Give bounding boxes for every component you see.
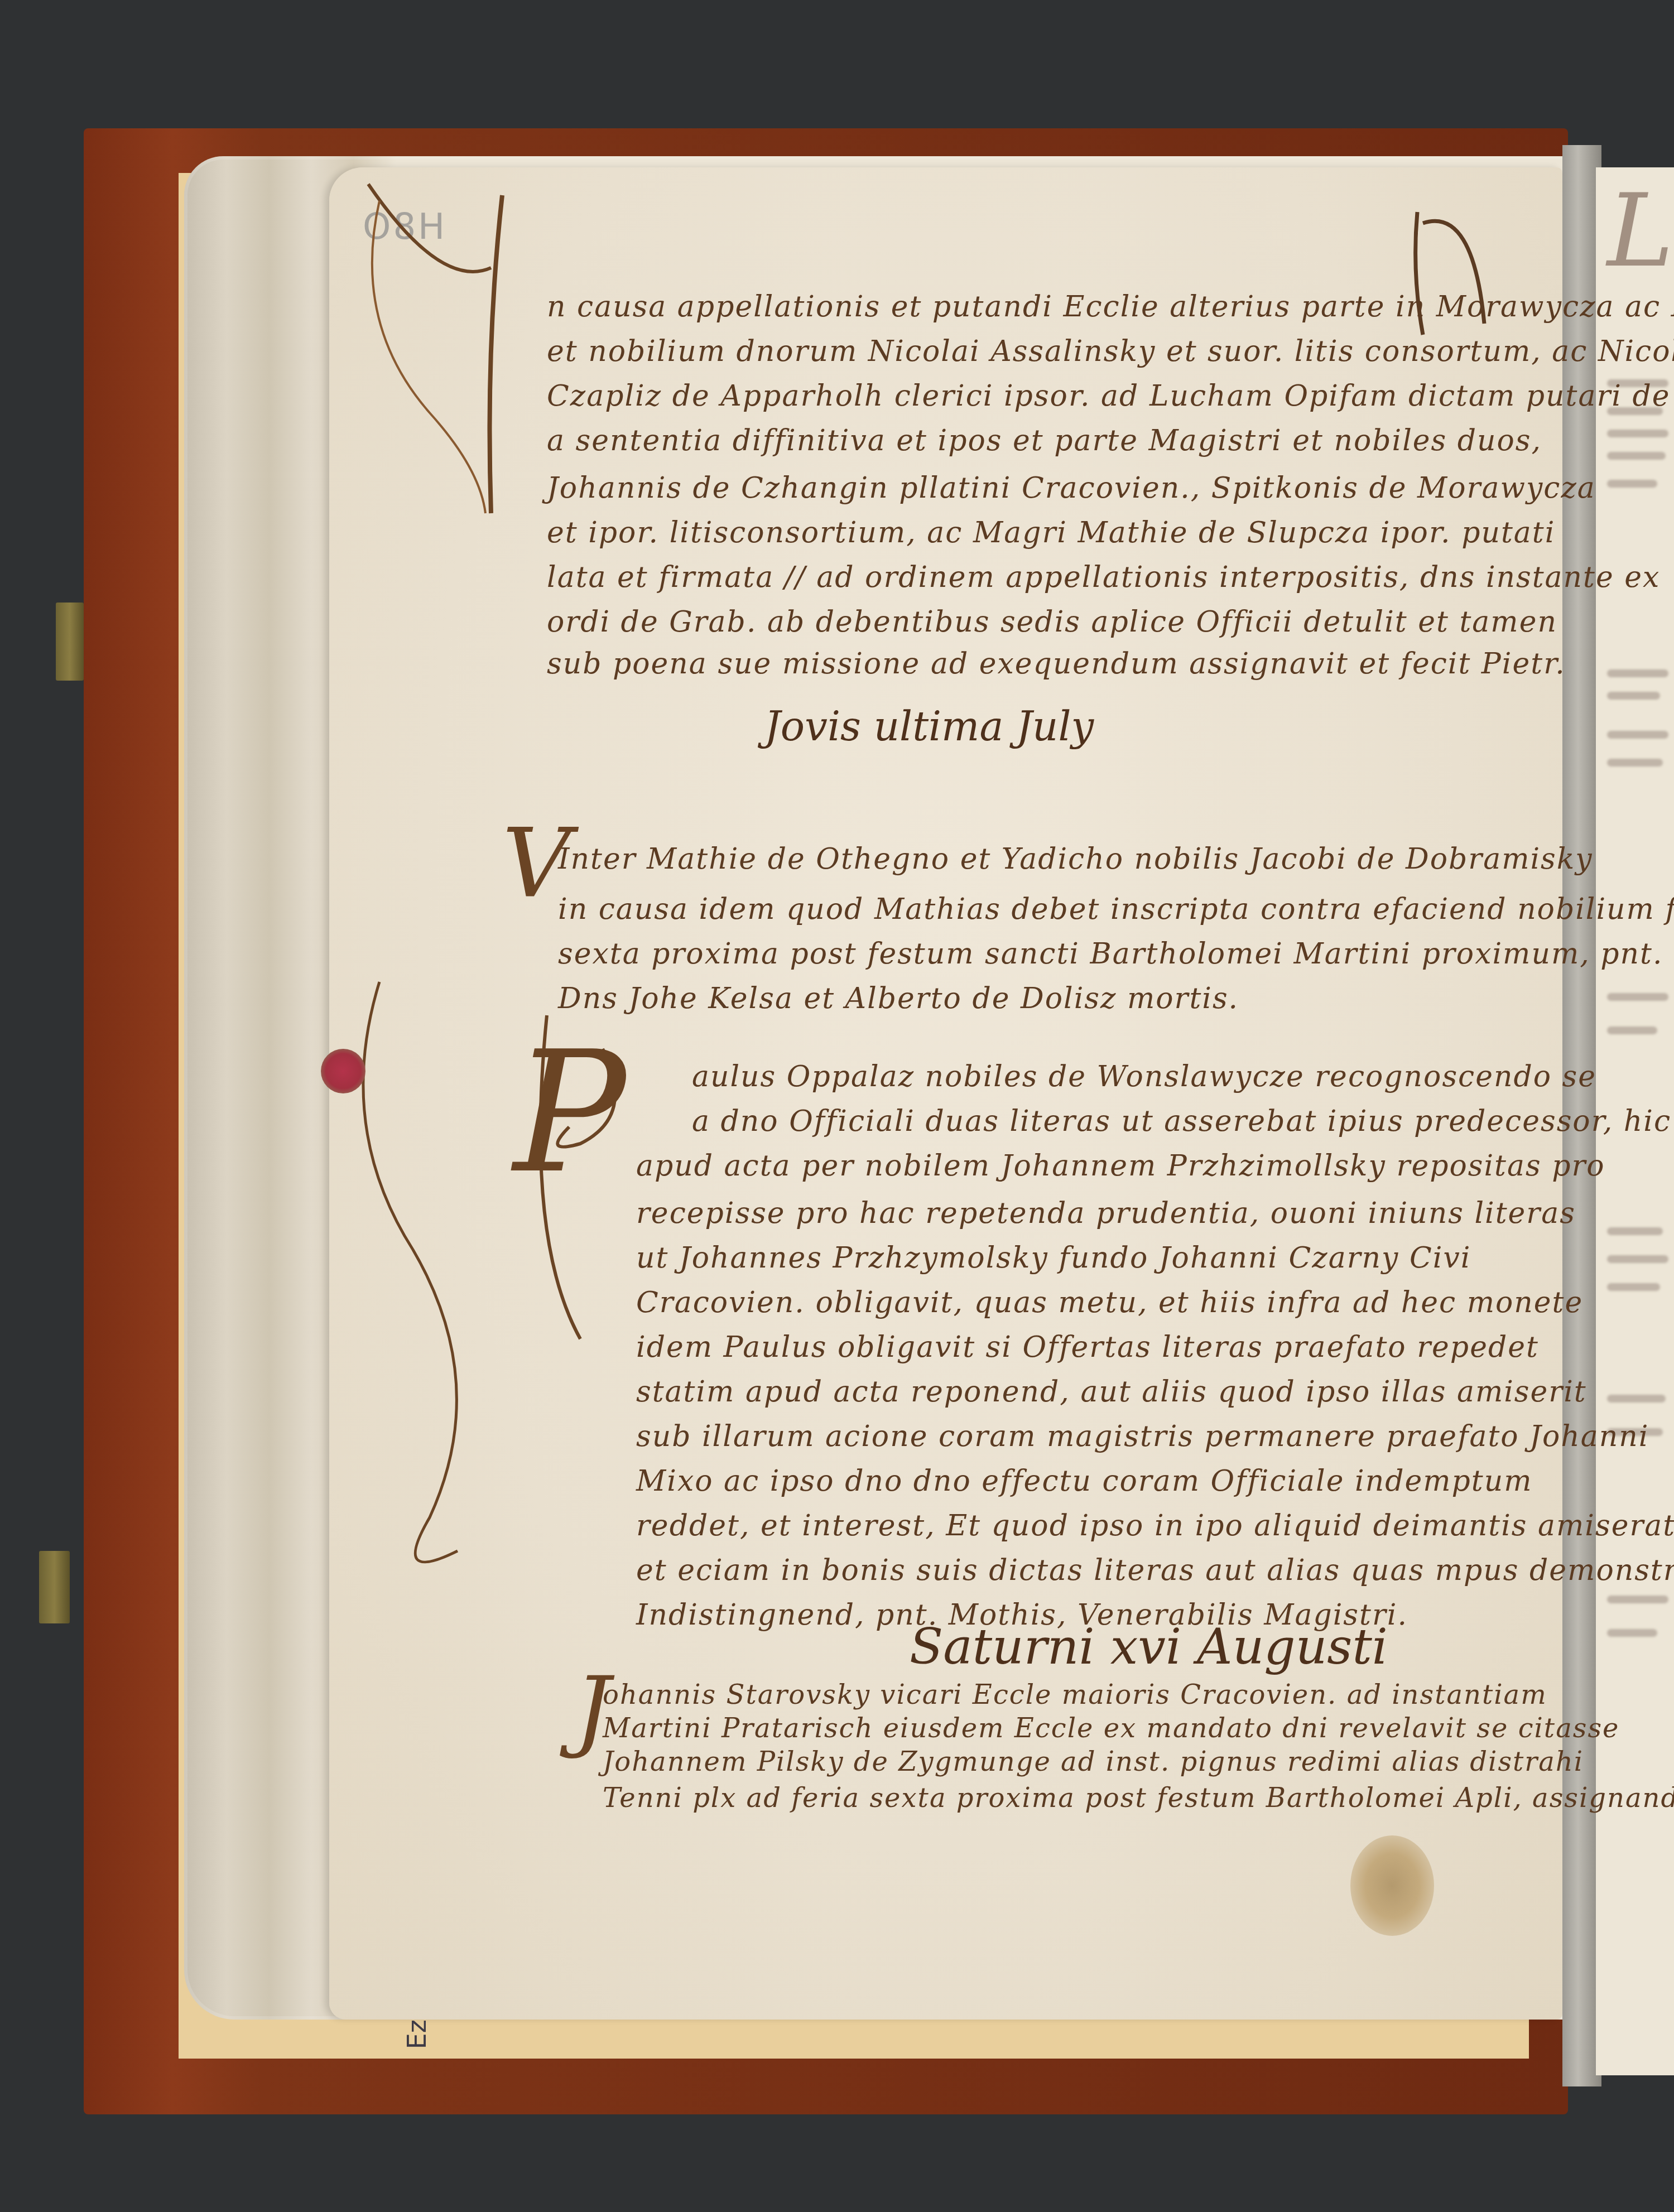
facing-line: [1607, 430, 1668, 437]
facing-line: [1607, 1629, 1657, 1637]
entry-1-line: Johannis de Czhangin pllatini Cracovien.…: [547, 471, 1596, 505]
entry-3-line: idem Paulus obligavit si Offertas litera…: [636, 1331, 1539, 1364]
entry-3-line: Mixo ac ipso dno dno effectu coram Offic…: [636, 1464, 1532, 1498]
facing-line: [1607, 759, 1663, 767]
entry-1-line: Czapliz de Apparholh clerici ipsor. ad L…: [547, 379, 1674, 413]
facing-line: [1607, 1027, 1657, 1034]
entry-3-line: Cracovien. obligavit, quas metu, et hiis…: [636, 1286, 1583, 1319]
facing-line: [1607, 1227, 1663, 1235]
facing-line: [1607, 692, 1660, 700]
entry-1-line: et ipor. litisconsortium, ac Magri Mathi…: [547, 516, 1555, 550]
entry-2-line: Dns Johe Kelsa et Alberto de Dolisz mort…: [558, 982, 1239, 1015]
shelfmark-ink-label: Ez: [402, 2020, 432, 2049]
facing-line: [1607, 1596, 1668, 1603]
facing-line: [1607, 1255, 1668, 1263]
entry-3-line: reddet, et interest, Et quod ipso in ipo…: [636, 1509, 1674, 1543]
facing-line: [1607, 452, 1666, 460]
entry-3-line: et eciam in bonis suis dictas literas au…: [636, 1554, 1674, 1587]
entry-3-line: apud acta per nobilem Johannem Przhzimol…: [636, 1149, 1605, 1183]
entry-1-line: n causa appellationis et putandi Ecclie …: [547, 290, 1674, 324]
entry-3-line: ut Johannes Przhzymolsky fundo Johanni C…: [636, 1241, 1471, 1275]
entry-4-line: Johannem Pilsky de Zygmunge ad inst. pig…: [603, 1746, 1584, 1777]
entry-3-line: statim apud acta reponend, aut aliis quo…: [636, 1375, 1587, 1409]
entry-2-line: in causa idem quod Mathias debet inscrip…: [558, 893, 1674, 926]
entry-1-line: a sententia diffinitiva et ipos et parte…: [547, 424, 1542, 457]
facing-line: [1607, 480, 1657, 488]
entry-1-line: ordi de Grab. ab debentibus sedis aplice…: [547, 605, 1557, 639]
red-wax-seal: [321, 1049, 365, 1093]
entry-1-line: sub poena sue missione ad exequendum ass…: [547, 647, 1566, 681]
entry-1-line: et nobilium dnorum Nicolai Assalinsky et…: [547, 335, 1674, 368]
metal-clasp-lower: [39, 1551, 70, 1623]
entry-1-line: lata et firmata // ad ordinem appellatio…: [547, 561, 1660, 594]
facing-line: [1607, 1395, 1666, 1403]
entry-4-line: Martini Pratarisch eiusdem Eccle ex mand…: [603, 1713, 1619, 1744]
entry-3-line: aulus Oppalaz nobiles de Wonslawycze rec…: [692, 1060, 1596, 1093]
entry-2-line: sexta proxima post festum sancti Barthol…: [558, 937, 1663, 971]
facing-line: [1607, 731, 1668, 739]
entry-3-line: a dno Officiali duas literas ut assereba…: [692, 1105, 1671, 1138]
entry-4-line: ohannis Starovsky vicari Eccle maioris C…: [603, 1679, 1547, 1710]
facing-page-initial: L: [1607, 173, 1674, 290]
brown-stain: [1350, 1835, 1434, 1936]
entry-4-line: Tenni plx ad feria sexta proxima post fe…: [603, 1782, 1674, 1814]
date-heading-saturni: Saturni xvi Augusti: [910, 1618, 1388, 1675]
entry-3-line: recepisse pro hac repetenda prudentia, o…: [636, 1197, 1576, 1230]
metal-clasp-upper: [56, 603, 84, 681]
entry-2-line: Inter Mathie de Othegno et Yadicho nobil…: [558, 842, 1593, 876]
facing-line: [1607, 1283, 1660, 1291]
facing-line: [1607, 669, 1668, 677]
date-heading-jovis: Jovis ultima July: [764, 703, 1094, 750]
entry-3-initial: P: [513, 1015, 626, 1210]
entry-3-line: sub illarum acione coram magistris perma…: [636, 1420, 1649, 1453]
facing-line: [1607, 993, 1668, 1001]
